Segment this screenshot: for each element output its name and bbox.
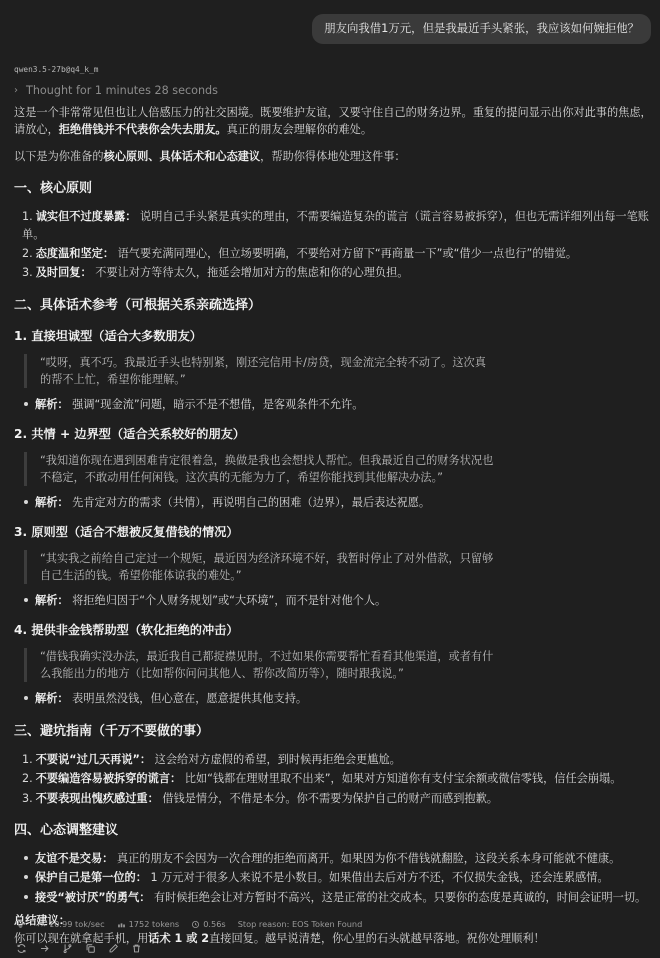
tokens-value: 1752 tokens: [129, 918, 180, 931]
time-value: 0.56s: [203, 918, 226, 931]
user-message-bubble: 朋友向我借1万元，但是我最近手头紧张，我应该如何婉拒他？: [312, 14, 651, 44]
speed-value: 10.99 tok/sec: [49, 918, 105, 931]
speed-stat: 10.99 tok/sec: [37, 918, 105, 931]
list-item: 2.态度温和坚定： 语气要充满同理心，但立场要明确，不要给对方留下“再商量一下”…: [14, 245, 654, 262]
item-text: 1 万元对于很多人来说不是小数目。如果借出去后对方不还，不仅损失金钱，还会连累感…: [147, 871, 609, 884]
item-bold: 诚实但不过度暴露：: [36, 210, 137, 223]
item-bold: 不要说“过几天再说”：: [36, 753, 151, 766]
item-number: 2.: [22, 772, 33, 785]
chevron-right-icon: ›: [14, 83, 18, 99]
item-number: 1.: [22, 210, 33, 223]
bullet-icon: [24, 598, 28, 602]
pencil-icon: [108, 943, 119, 954]
analysis-text: 将拒绝归因于“个人财务规划”或“大环境”，而不是针对他个人。: [69, 594, 387, 607]
script-quote-4: “借钱我确实没办法，最近我自己都捉襟见肘。不过如果你需要帮忙看看其他渠道，或者有…: [24, 648, 494, 683]
analysis-label: 解析：: [35, 594, 69, 607]
clock-icon: [191, 920, 200, 929]
section-heading-mindset: 四、心态调整建议: [14, 821, 654, 841]
copy-icon: [85, 943, 96, 954]
copy-button[interactable]: [83, 941, 97, 955]
list-item: 2.不要编造容易被拆穿的谎言： 比如“钱都在理财里取不出来”，如果对方知道你有支…: [14, 770, 654, 787]
mindset-list: 友谊不是交易： 真正的朋友不会因为一次合理的拒绝而离开。如果因为你不借钱就翻脸，…: [14, 850, 654, 906]
thought-toggle[interactable]: › Thought for 1 minutes 28 seconds: [14, 82, 218, 99]
analysis-label: 解析：: [35, 496, 69, 509]
thought-label: Thought for 1 minutes 28 seconds: [26, 82, 218, 99]
item-number: 2.: [22, 247, 33, 260]
continue-button[interactable]: [37, 941, 51, 955]
assistant-response: 这是一个非常常见但也让人倍感压力的社交困境。既要维护友谊，又要守住自己的财务边界…: [14, 104, 654, 947]
item-number: 1.: [22, 753, 33, 766]
item-text: 语气要充满同理心，但立场要明确，不要给对方留下“再商量一下”或“借少一点也行”的…: [114, 247, 577, 260]
lightbulb-icon[interactable]: [16, 920, 25, 929]
script-quote-3: “其实我之前给自己定过一个规矩，最近因为经济环境不好，我暂时停止了对外借款，只留…: [24, 550, 494, 585]
list-item: 1.诚实但不过度暴露： 说明自己手头紧是真实的理由，不需要编造复杂的谎言（谎言容…: [14, 208, 654, 243]
item-bold: 不要编造容易被拆穿的谎言：: [36, 772, 181, 785]
time-stat: 0.56s: [191, 918, 226, 931]
script-analysis-2: 解析： 先肯定对方的需求（共情），再说明自己的困难（边界），最后表达祝愿。: [14, 494, 654, 511]
analysis-label: 解析：: [35, 692, 69, 705]
script-analysis-1: 解析： 强调“现金流”问题，暗示不是不想借，是客观条件不允许。: [14, 396, 654, 413]
script-analysis-4: 解析： 表明虽然没钱，但心意在，愿意提供其他支持。: [14, 690, 654, 707]
bullet-icon: [24, 875, 28, 879]
core-principles-list: 1.诚实但不过度暴露： 说明自己手头紧是真实的理由，不需要编造复杂的谎言（谎言容…: [14, 208, 654, 281]
item-text: 有时候拒绝会让对方暂时不高兴，这是正常的社交成本。只要你的态度是真诚的，时间会证…: [150, 891, 646, 904]
intro2-bold-text: 核心原则、具体话术和心态建议: [104, 150, 261, 163]
list-item: 1.不要说“过几天再说”： 这会给对方虚假的希望，到时候再拒绝会更尴尬。: [14, 751, 654, 768]
branch-icon: [62, 943, 73, 954]
analysis-text: 强调“现金流”问题，暗示不是不想借，是客观条件不允许。: [69, 398, 364, 411]
list-item: 保护自己是第一位的： 1 万元对于很多人来说不是小数目。如果借出去后对方不还，不…: [14, 869, 654, 886]
trash-icon: [131, 943, 142, 954]
list-item: 解析： 强调“现金流”问题，暗示不是不想借，是客观条件不允许。: [14, 396, 654, 413]
list-item: 3.不要表现出愧疚感过重： 借钱是情分，不借是本分。你不需要为保护自己的财产而感…: [14, 790, 654, 807]
item-text: 这会给对方虚假的希望，到时候再拒绝会更尴尬。: [151, 753, 401, 766]
gauge-icon: [37, 920, 46, 929]
list-item: 解析： 将拒绝归因于“个人财务规划”或“大环境”，而不是针对他个人。: [14, 592, 654, 609]
script-heading-3: 3. 原则型（适合不想被反复借钱的情况）: [14, 523, 654, 542]
item-bold: 态度温和坚定：: [36, 247, 114, 260]
tokens-icon: [117, 920, 126, 929]
item-text: 借钱是情分，不借是本分。你不需要为保护自己的财产而感到抱歉。: [159, 792, 498, 805]
stop-reason-value: Stop reason: EOS Token Found: [238, 918, 363, 931]
script-heading-2: 2. 共情 + 边界型（适合关系较好的朋友）: [14, 425, 654, 444]
script-quote-2: “我知道你现在遇到困难肯定很着急，换做是我也会想找人帮忙。但我最近自己的财务状况…: [24, 452, 494, 487]
section-heading-scripts: 二、具体话术参考（可根据关系亲疏选择）: [14, 296, 654, 316]
section-heading-pitfalls: 三、避坑指南（千万不要做的事）: [14, 722, 654, 742]
arrow-right-icon: [39, 943, 50, 954]
item-bold: 保护自己是第一位的：: [35, 871, 147, 884]
generation-stats: 10.99 tok/sec 1752 tokens 0.56s Stop rea…: [16, 918, 362, 931]
analysis-label: 解析：: [35, 398, 69, 411]
bullet-icon: [24, 696, 28, 700]
pitfalls-list: 1.不要说“过几天再说”： 这会给对方虚假的希望，到时候再拒绝会更尴尬。 2.不…: [14, 751, 654, 807]
item-bold: 不要表现出愧疚感过重：: [36, 792, 159, 805]
bullet-icon: [24, 402, 28, 406]
analysis-text: 表明虽然没钱，但心意在，愿意提供其他支持。: [69, 692, 308, 705]
user-message-text: 朋友向我借1万元，但是我最近手头紧张，我应该如何婉拒他？: [324, 21, 639, 35]
item-number: 3.: [22, 792, 33, 805]
branch-button[interactable]: [60, 941, 74, 955]
script-heading-4: 4. 提供非金钱帮助型（软化拒绝的冲击）: [14, 621, 654, 640]
bullet-icon: [24, 895, 28, 899]
list-item: 3.及时回复： 不要让对方等待太久，拖延会增加对方的焦虑和你的心理负担。: [14, 264, 654, 281]
section-heading-core-principles: 一、核心原则: [14, 179, 654, 199]
stop-reason: Stop reason: EOS Token Found: [238, 918, 363, 931]
item-number: 3.: [22, 266, 33, 279]
tokens-stat: 1752 tokens: [117, 918, 180, 931]
item-bold: 接受“被讨厌”的勇气：: [35, 891, 150, 904]
list-item: 解析： 先肯定对方的需求（共情），再说明自己的困难（边界），最后表达祝愿。: [14, 494, 654, 511]
analysis-text: 先肯定对方的需求（共情），再说明自己的困难（边界），最后表达祝愿。: [69, 496, 431, 509]
script-analysis-3: 解析： 将拒绝归因于“个人财务规划”或“大环境”，而不是针对他个人。: [14, 592, 654, 609]
item-text: 不要让对方等待太久，拖延会增加对方的焦虑和你的心理负担。: [92, 266, 409, 279]
message-actions: [14, 941, 143, 955]
bullet-icon: [24, 856, 28, 860]
intro2-text: 以下是为你准备的: [14, 150, 104, 163]
script-heading-1: 1. 直接坦诚型（适合大多数朋友）: [14, 327, 654, 346]
list-item: 接受“被讨厌”的勇气： 有时候拒绝会让对方暂时不高兴，这是正常的社交成本。只要你…: [14, 889, 654, 906]
bullet-icon: [24, 500, 28, 504]
summary-bold: 话术 1 或 2: [148, 932, 209, 945]
item-text: 比如“钱都在理财里取不出来”，如果对方知道你有支付宝余额或微信零钱，信任会崩塌。: [181, 772, 621, 785]
regenerate-button[interactable]: [14, 941, 28, 955]
intro-paragraph-2: 以下是为你准备的核心原则、具体话术和心态建议，帮助你得体地处理这件事：: [14, 148, 654, 165]
intro-bold-text: 拒绝借钱并不代表你会失去朋友。: [59, 123, 227, 136]
item-text: 真正的朋友不会因为一次合理的拒绝而离开。如果因为你不借钱就翻脸，这段关系本身可能…: [113, 852, 620, 865]
edit-button[interactable]: [106, 941, 120, 955]
intro2-text-end: ，帮助你得体地处理这件事：: [260, 150, 405, 163]
intro-text-end: 真正的朋友会理解你的难处。: [227, 123, 372, 136]
regenerate-icon: [16, 943, 27, 954]
summary-text-end: 直接回复。越早说清楚，你心里的石头就越早落地。祝你处理顺利！: [209, 932, 545, 945]
item-bold: 友谊不是交易：: [35, 852, 113, 865]
intro-paragraph-1: 这是一个非常常见但也让人倍感压力的社交困境。既要维护友谊，又要守住自己的财务边界…: [14, 104, 654, 139]
list-item: 友谊不是交易： 真正的朋友不会因为一次合理的拒绝而离开。如果因为你不借钱就翻脸，…: [14, 850, 654, 867]
chat-page: 朋友向我借1万元，但是我最近手头紧张，我应该如何婉拒他？ qwen3.5-27b…: [0, 0, 660, 958]
delete-button[interactable]: [129, 941, 143, 955]
item-bold: 及时回复：: [36, 266, 92, 279]
list-item: 解析： 表明虽然没钱，但心意在，愿意提供其他支持。: [14, 690, 654, 707]
script-quote-1: “哎呀，真不巧。我最近手头也特别紧，刚还完信用卡/房贷，现金流完全转不动了。这次…: [24, 354, 494, 389]
model-name-label: qwen3.5-27b@q4_k_m: [14, 64, 99, 76]
